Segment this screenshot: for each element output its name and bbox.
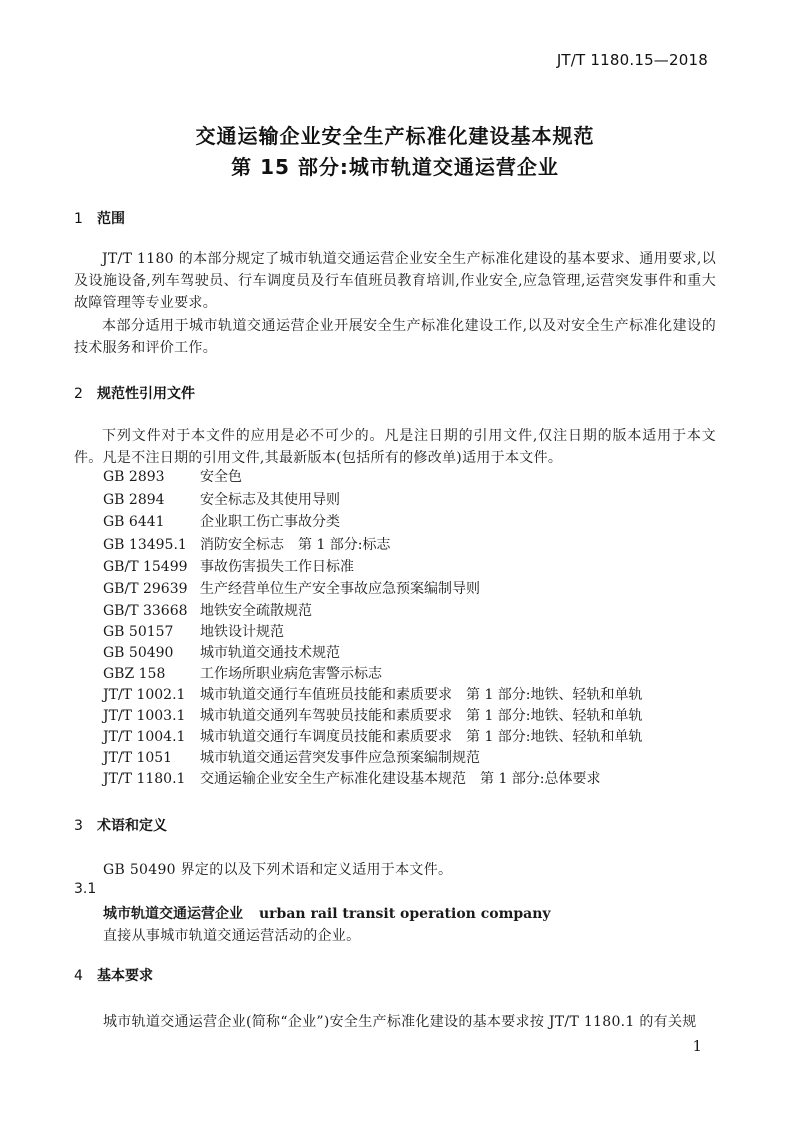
reference-item: JT/T 1003.1城市轨道交通列车驾驶员技能和素质要求 第 1 部分:地铁、… (103, 706, 643, 726)
reference-code: GB/T 15499 (103, 557, 200, 577)
reference-code: GB 50157 (103, 622, 200, 642)
section-title: 规范性引用文件 (97, 386, 195, 402)
term-english: urban rail transit operation company (259, 906, 551, 922)
reference-title: 交通运输企业安全生产标准化建设基本规范 第 1 部分:总体要求 (200, 771, 601, 787)
section-title: 基本要求 (97, 968, 153, 984)
reference-item: GB 50490城市轨道交通技术规范 (103, 643, 340, 663)
reference-item: JT/T 1002.1城市轨道交通行车值班员技能和素质要求 第 1 部分:地铁、… (103, 685, 643, 705)
reference-code: JT/T 1003.1 (103, 706, 200, 726)
document-subtitle: 第 15 部分:城市轨道交通运营企业 (0, 151, 790, 180)
reference-title: 城市轨道交通行车值班员技能和素质要求 第 1 部分:地铁、轻轨和单轨 (200, 687, 643, 703)
reference-item: GB 50157地铁设计规范 (103, 622, 284, 642)
reference-title: 地铁安全疏散规范 (200, 603, 312, 619)
reference-code: GB 6441 (103, 512, 200, 532)
section-number: 3 (74, 818, 97, 834)
section-number: 2 (74, 386, 97, 402)
section-3-heading: 3术语和定义 (74, 815, 167, 835)
section-number: 1 (74, 211, 97, 227)
reference-title: 消防安全标志 第 1 部分:标志 (200, 537, 391, 553)
reference-item: GB/T 15499事故伤害损失工作日标准 (103, 557, 354, 577)
reference-title: 安全标志及其使用导则 (200, 492, 340, 508)
reference-item: JT/T 1180.1交通运输企业安全生产标准化建设基本规范 第 1 部分:总体… (103, 769, 601, 789)
reference-title: 安全色 (200, 469, 242, 485)
reference-code: GB/T 29639 (103, 579, 200, 599)
reference-title: 生产经营单位生产安全事故应急预案编制导则 (200, 581, 480, 597)
reference-item: GBZ 158工作场所职业病危害警示标志 (103, 664, 382, 684)
reference-title: 事故伤害损失工作日标准 (200, 559, 354, 575)
reference-code: GB/T 33668 (103, 601, 200, 621)
reference-item: GB 2894安全标志及其使用导则 (103, 490, 340, 510)
reference-item: GB/T 29639生产经营单位生产安全事故应急预案编制导则 (103, 579, 480, 599)
reference-code: JT/T 1051 (103, 748, 200, 768)
section-2-intro: 下列文件对于本文件的应用是必不可少的。凡是注日期的引用文件,仅注日期的版本适用于… (74, 425, 716, 469)
page-number: 1 (692, 1037, 702, 1055)
section-title: 范围 (97, 211, 125, 227)
reference-title: 工作场所职业病危害警示标志 (200, 666, 382, 682)
reference-code: JT/T 1002.1 (103, 685, 200, 705)
section-1-paragraph-1: JT/T 1180 的本部分规定了城市轨道交通运营企业安全生产标准化建设的基本要… (74, 248, 716, 314)
reference-item: GB 6441企业职工伤亡事故分类 (103, 512, 340, 532)
section-4-paragraph: 城市轨道交通运营企业(简称“企业”)安全生产标准化建设的基本要求按 JT/T 1… (103, 1011, 697, 1031)
reference-code: GB 2894 (103, 490, 200, 510)
document-title: 交通运输企业安全生产标准化建设基本规范 (0, 120, 790, 149)
reference-code: GBZ 158 (103, 664, 200, 684)
reference-item: JT/T 1004.1城市轨道交通行车调度员技能和素质要求 第 1 部分:地铁、… (103, 727, 643, 747)
section-2-heading: 2规范性引用文件 (74, 383, 195, 403)
reference-code: JT/T 1180.1 (103, 769, 200, 789)
term-entry: 城市轨道交通运营企业urban rail transit operation c… (103, 903, 551, 923)
subsection-number: 3.1 (74, 881, 96, 897)
reference-code: GB 2893 (103, 467, 200, 487)
reference-title: 城市轨道交通技术规范 (200, 645, 340, 661)
section-1-paragraph-2: 本部分适用于城市轨道交通运营企业开展安全生产标准化建设工作,以及对安全生产标准化… (74, 315, 716, 359)
reference-title: 地铁设计规范 (200, 624, 284, 640)
reference-code: GB 50490 (103, 643, 200, 663)
reference-item: GB/T 33668地铁安全疏散规范 (103, 601, 312, 621)
reference-title: 企业职工伤亡事故分类 (200, 514, 340, 530)
section-title: 术语和定义 (97, 818, 167, 834)
reference-title: 城市轨道交通列车驾驶员技能和素质要求 第 1 部分:地铁、轻轨和单轨 (200, 708, 643, 724)
section-1-heading: 1范围 (74, 208, 125, 228)
section-4-heading: 4基本要求 (74, 965, 153, 985)
reference-item: JT/T 1051城市轨道交通运营突发事件应急预案编制规范 (103, 748, 480, 768)
section-3-intro: GB 50490 界定的以及下列术语和定义适用于本文件。 (103, 859, 452, 879)
reference-title: 城市轨道交通运营突发事件应急预案编制规范 (200, 750, 480, 766)
reference-item: GB 2893安全色 (103, 467, 242, 487)
reference-title: 城市轨道交通行车调度员技能和素质要求 第 1 部分:地铁、轻轨和单轨 (200, 729, 643, 745)
term-chinese: 城市轨道交通运营企业 (103, 906, 243, 922)
reference-code: GB 13495.1 (103, 535, 200, 555)
term-definition: 直接从事城市轨道交通运营活动的企业。 (103, 925, 360, 945)
reference-code: JT/T 1004.1 (103, 727, 200, 747)
reference-item: GB 13495.1消防安全标志 第 1 部分:标志 (103, 535, 391, 555)
standard-code: JT/T 1180.15—2018 (557, 51, 708, 69)
section-number: 4 (74, 968, 97, 984)
